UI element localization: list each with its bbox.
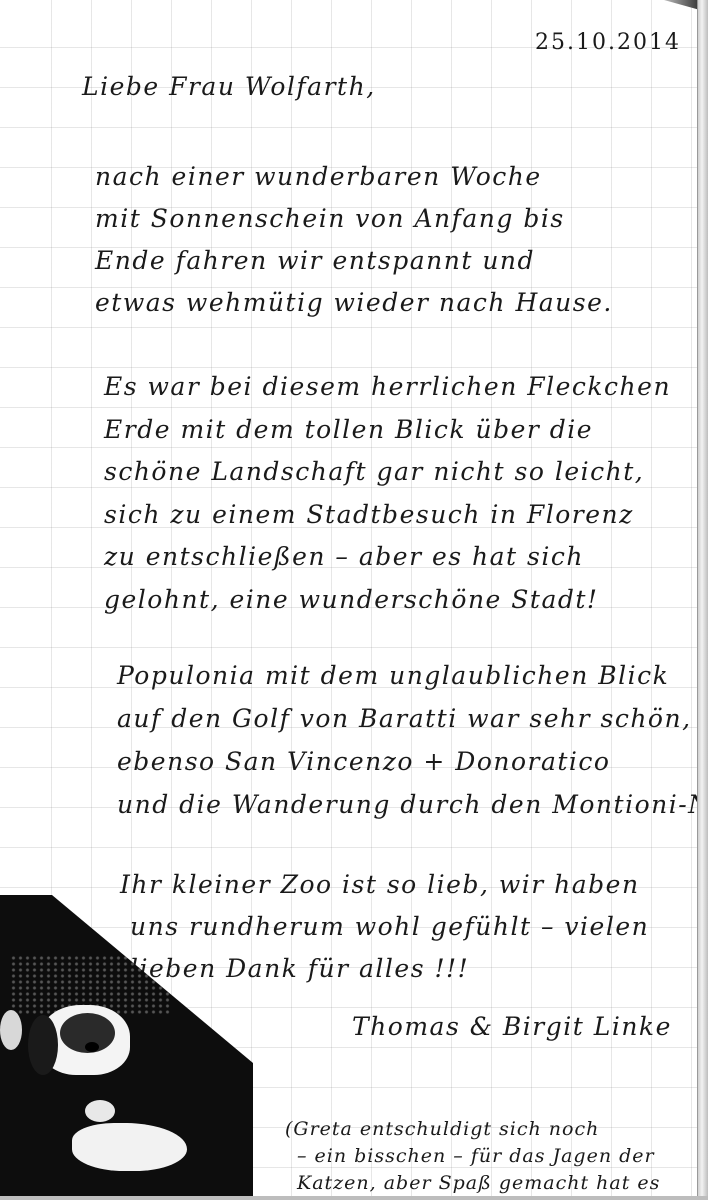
- handwritten-line: zu entschließen – aber es hat sich: [104, 542, 584, 571]
- handwritten-line: mit Sonnenschein von Anfang bis: [95, 204, 565, 233]
- handwritten-line: Populonia mit dem unglaublichen Blick: [117, 661, 669, 690]
- postscript-line: – ein bisschen – für das Jagen der: [297, 1145, 655, 1167]
- dog-chest-icon: [85, 1100, 115, 1122]
- postscript-line: Katzen, aber Spaß gemacht hat es: [297, 1172, 660, 1194]
- handwritten-line: Erde mit dem tollen Blick über die: [104, 415, 593, 444]
- letter-date: 25.10.2014: [535, 30, 681, 55]
- dog-paws-icon: [72, 1123, 187, 1171]
- handwritten-line: uns rundherum wohl gefühlt – vielen: [130, 912, 649, 941]
- handwritten-line: sich zu einem Stadtbesuch in Florenz: [104, 500, 634, 529]
- postscript-line: (Greta entschuldigt sich noch: [285, 1118, 599, 1140]
- handwritten-line: auf den Golf von Baratti war sehr schön,: [117, 704, 692, 733]
- handwritten-line: Ihr kleiner Zoo ist so lieb, wir haben: [120, 870, 640, 899]
- handwritten-line: Es war bei diesem herrlichen Fleckchen: [104, 372, 671, 401]
- handwritten-line: ebenso San Vincenzo + Donoratico: [117, 747, 610, 776]
- handwritten-line: Ende fahren wir entspannt und: [95, 246, 535, 275]
- scan-edge: [697, 0, 708, 1200]
- handwritten-line: lieben Dank für alles !!!: [130, 954, 469, 983]
- salutation: Liebe Frau Wolfarth,: [82, 72, 376, 101]
- handwritten-line: und die Wanderung durch den Montioni-NP.: [117, 790, 708, 819]
- letter-page: 25.10.2014 Liebe Frau Wolfarth, nach ein…: [0, 0, 698, 1196]
- scan-bottom-edge: [0, 1196, 708, 1200]
- signature: Thomas & Birgit Linke: [352, 1012, 672, 1041]
- handwritten-line: etwas wehmütig wieder nach Hause.: [95, 288, 613, 317]
- handwritten-line: schöne Landschaft gar nicht so leicht,: [104, 457, 644, 486]
- dog-nose-icon: [85, 1042, 99, 1052]
- dog-ear-icon: [28, 1015, 58, 1075]
- dog-fur-icon: [0, 1010, 22, 1050]
- handwritten-line: gelohnt, eine wunderschöne Stadt!: [104, 585, 598, 614]
- handwritten-line: nach einer wunderbaren Woche: [95, 162, 542, 191]
